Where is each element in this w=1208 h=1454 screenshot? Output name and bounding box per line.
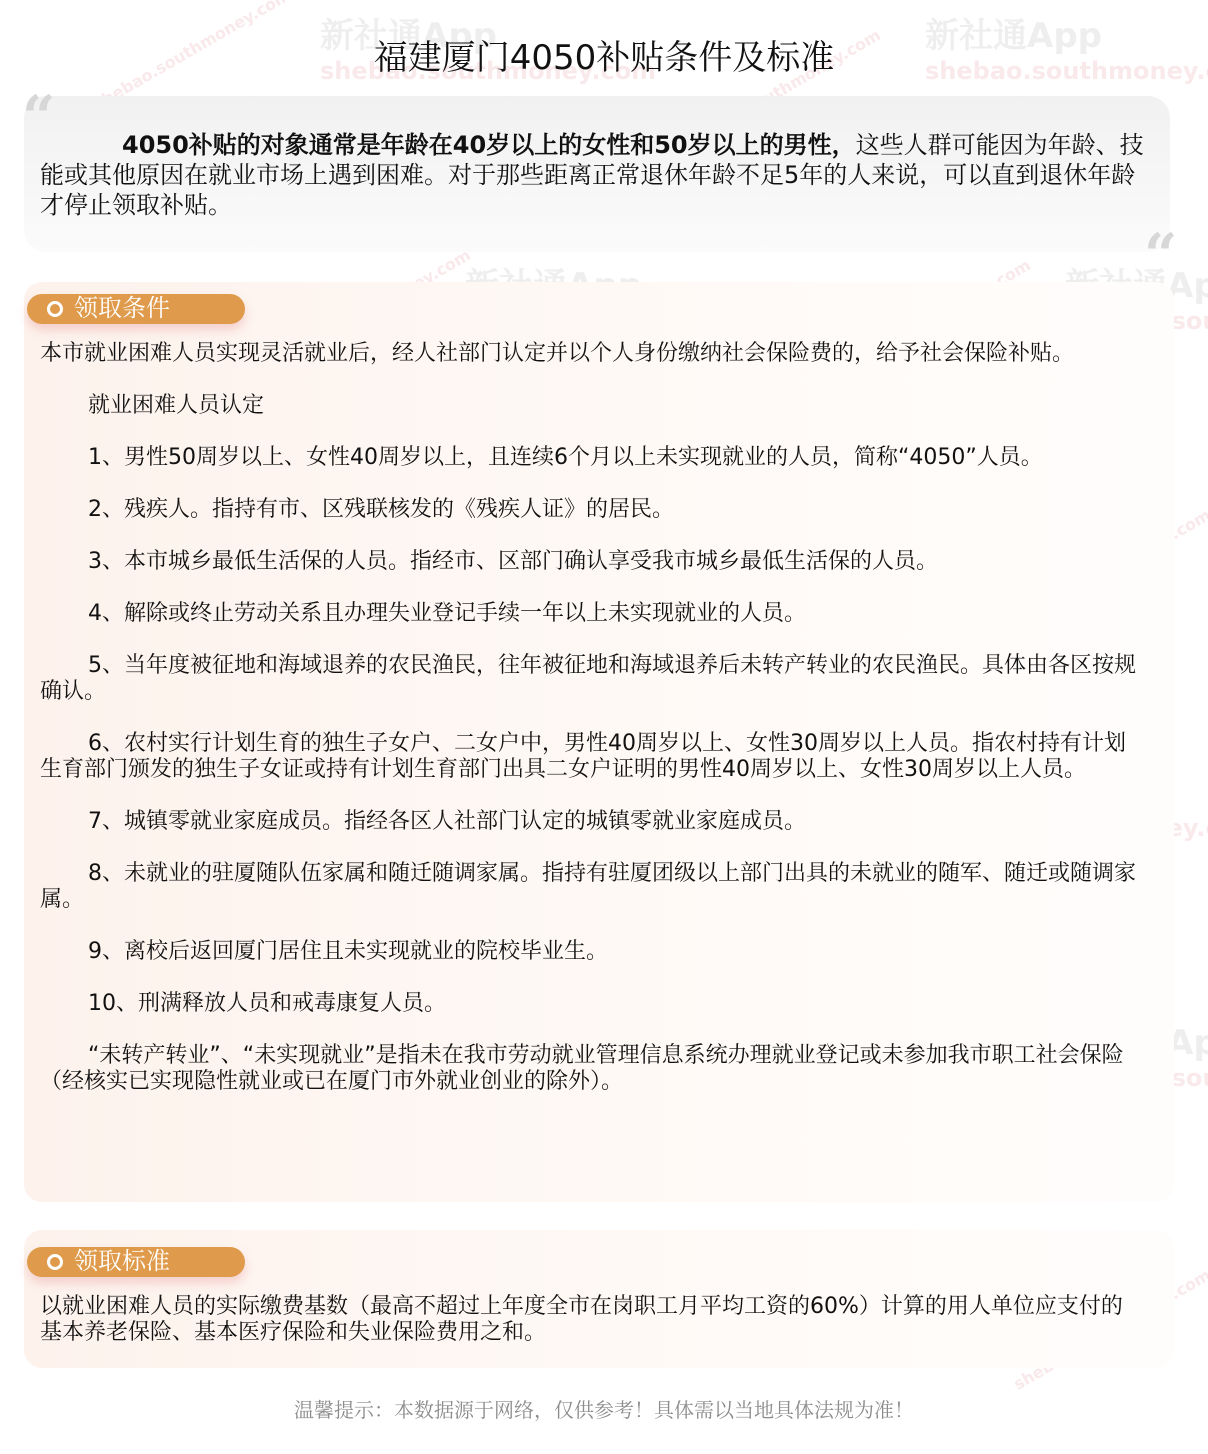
list-item: 10、刑满释放人员和戒毒康复人员。 <box>40 991 1140 1017</box>
close-quote-icon: “ <box>1144 226 1177 284</box>
footer-disclaimer: 温馨提示：本数据源于网络，仅供参考！具体需以当地具体法规为准！ <box>0 1394 1208 1423</box>
list-item: 2、残疾人。指持有市、区残联核发的《残疾人证》的居民。 <box>40 497 1140 523</box>
paragraph: 就业困难人员认定 <box>40 393 1140 419</box>
list-item: 3、本市城乡最低生活保的人员。指经市、区部门确认享受我市城乡最低生活保的人员。 <box>40 549 1140 575</box>
list-item: 4、解除或终止劳动关系且办理失业登记手续一年以上未实现就业的人员。 <box>40 601 1140 627</box>
list-item: 5、当年度被征地和海域退养的农民渔民，往年被征地和海域退养后未转产转业的农民渔民… <box>40 653 1140 705</box>
list-item: 6、农村实行计划生育的独生子女户、二女户中，男性40周岁以上、女性30周岁以上人… <box>40 731 1140 783</box>
conditions-heading: 领取条件 <box>27 294 245 324</box>
page-title: 福建厦门4050补贴条件及标准 <box>0 30 1208 79</box>
intro-bold-text: 4050补贴的对象通常是年龄在40岁以上的女性和50岁以上的男性， <box>122 131 856 159</box>
paragraph: 本市就业困难人员实现灵活就业后，经人社部门认定并以个人身份缴纳社会保险费的，给予… <box>40 341 1140 367</box>
list-item: 1、男性50周岁以上、女性40周岁以上，且连续6个月以上未实现就业的人员，简称“… <box>40 445 1140 471</box>
conditions-content: 本市就业困难人员实现灵活就业后，经人社部门认定并以个人身份缴纳社会保险费的，给予… <box>40 341 1140 1121</box>
circle-icon <box>47 1254 63 1270</box>
circle-icon <box>47 301 63 317</box>
paragraph: 以就业困难人员的实际缴费基数（最高不超过上年度全市在岗职工月平均工资的60%）计… <box>40 1294 1140 1346</box>
list-item: 8、未就业的驻厦随队伍家属和随迁随调家属。指持有驻厦团级以上部门出具的未就业的随… <box>40 861 1140 913</box>
intro-text: 4050补贴的对象通常是年龄在40岁以上的女性和50岁以上的男性，这些人群可能因… <box>40 130 1150 220</box>
paragraph: “未转产转业”、“未实现就业”是指未在我市劳动就业管理信息系统办理就业登记或未参… <box>40 1043 1140 1095</box>
standards-content: 以就业困难人员的实际缴费基数（最高不超过上年度全市在岗职工月平均工资的60%）计… <box>40 1294 1140 1372</box>
list-item: 7、城镇零就业家庭成员。指经各区人社部门认定的城镇零就业家庭成员。 <box>40 809 1140 835</box>
standards-heading: 领取标准 <box>27 1247 245 1277</box>
list-item: 9、离校后返回厦门居住且未实现就业的院校毕业生。 <box>40 939 1140 965</box>
